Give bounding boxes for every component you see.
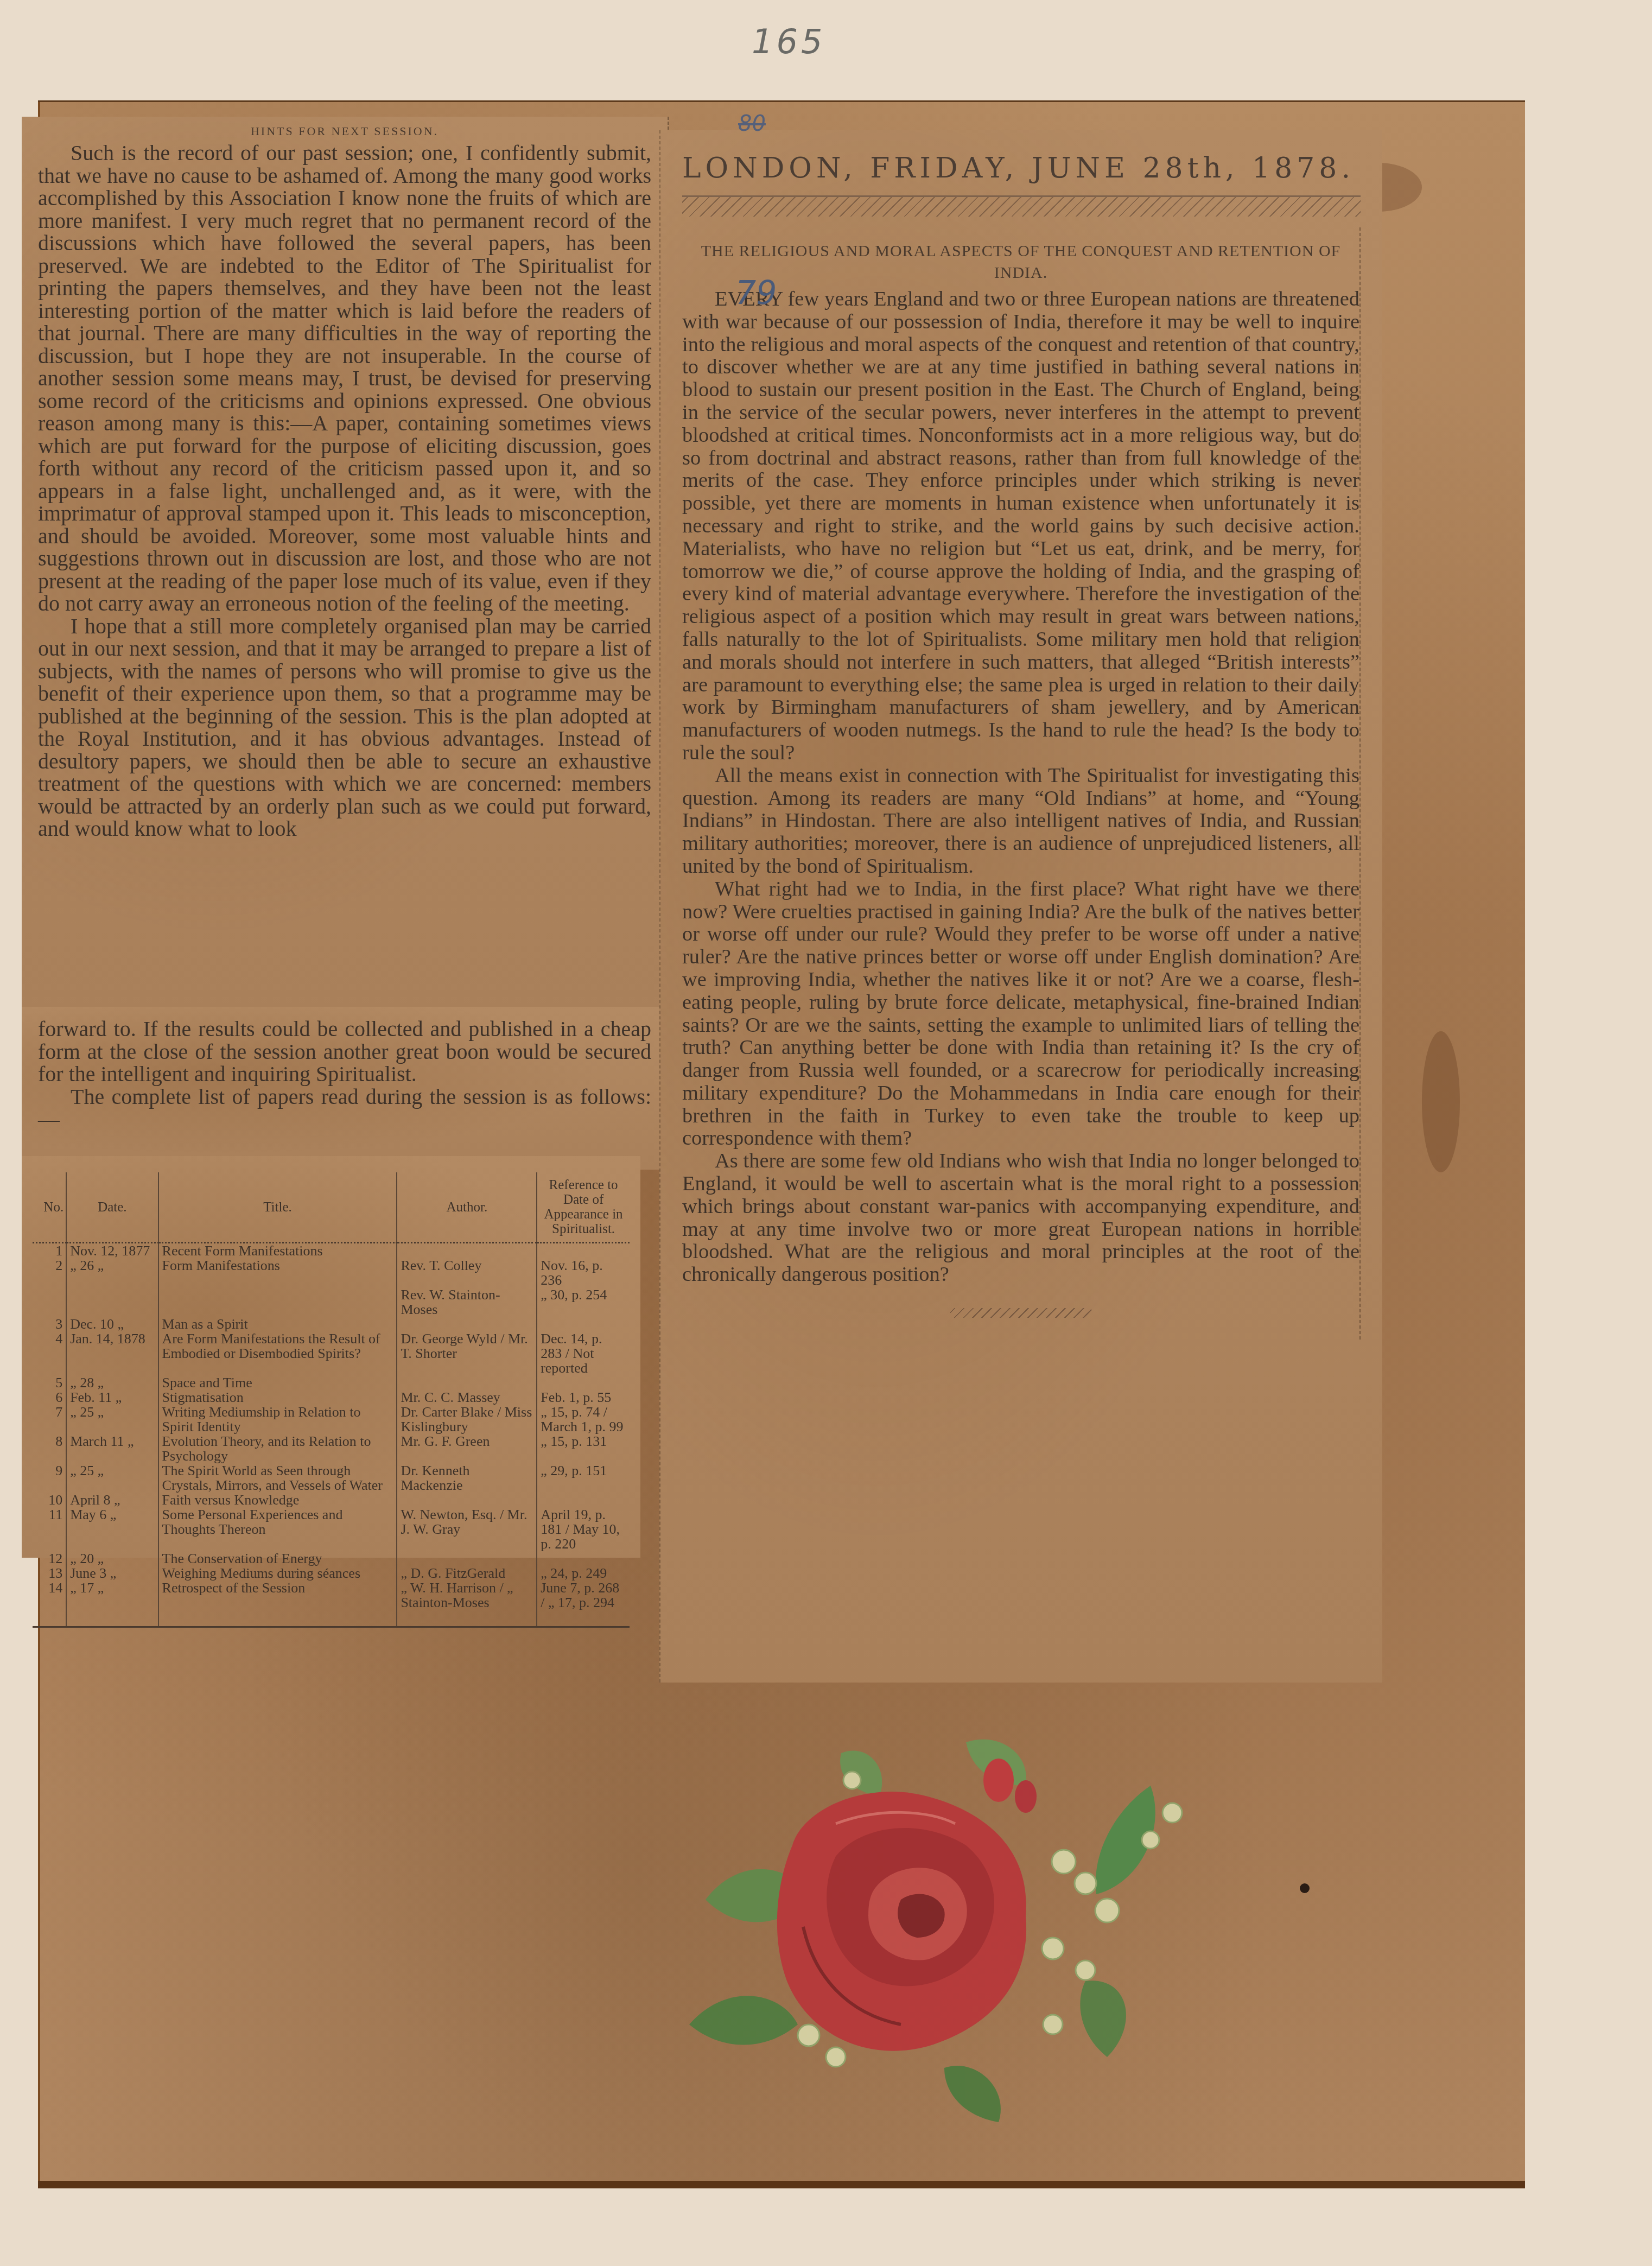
end-ornament [950, 1308, 1091, 1318]
table-body: 1Nov. 12, 1877Recent Form Manifestations… [33, 1243, 630, 1627]
cell-author: Dr. Kenneth Mackenzie [397, 1463, 537, 1493]
paragraph: All the means exist in connection with T… [682, 765, 1359, 878]
cell-ref: „ 29, p. 151 [537, 1463, 630, 1493]
paragraph: What right had we to India, in the first… [682, 878, 1359, 1151]
cell-ref: „ 24, p. 249 [537, 1566, 630, 1581]
header-author: Author. [397, 1172, 537, 1243]
cell-author: Rev. T. Colley [397, 1258, 537, 1287]
cell-date: „ 28 „ [66, 1375, 158, 1390]
ink-blot [1300, 1883, 1310, 1893]
cell-author [397, 1375, 537, 1390]
rose-icon [673, 1721, 1216, 2133]
handwritten-struck-number: 80 [738, 111, 766, 136]
cell-ref [537, 1375, 630, 1390]
table-row: 1Nov. 12, 1877Recent Form Manifestations [33, 1243, 630, 1259]
cell-title: Writing Mediumship in Relation to Spirit… [158, 1405, 397, 1434]
cell-date: „ 26 „ [66, 1258, 158, 1287]
cell-ref: „ 15, p. 74 / March 1, p. 99 [537, 1405, 630, 1434]
cell-date: April 8 „ [66, 1493, 158, 1507]
cell-no: 2 [33, 1258, 66, 1287]
table-row: 12„ 20 „The Conservation of Energy [33, 1551, 630, 1566]
table-row: 14„ 17 „Retrospect of the Session„ W. H.… [33, 1581, 630, 1627]
hints-body: Such is the record of our past session; … [22, 138, 668, 840]
cell-no: 9 [33, 1463, 66, 1493]
cell-date: „ 25 „ [66, 1463, 158, 1493]
cell-ref [537, 1243, 630, 1259]
cell-no: 14 [33, 1581, 66, 1627]
header-no: No. [33, 1172, 66, 1243]
cell-author: Dr. George Wyld / Mr. T. Shorter [397, 1331, 537, 1375]
cell-title: Space and Time [158, 1375, 397, 1390]
cell-ref: „ 15, p. 131 [537, 1434, 630, 1463]
cell-ref: Nov. 16, p. 236 [537, 1258, 630, 1287]
cell-no: 11 [33, 1507, 66, 1551]
cell-no: 4 [33, 1331, 66, 1375]
running-header: HINTS FOR NEXT SESSION. [22, 117, 668, 138]
header-title: Title. [158, 1172, 397, 1243]
cell-date: Dec. 10 „ [66, 1317, 158, 1331]
cell-no: 7 [33, 1405, 66, 1434]
table-row: 2„ 26 „Form ManifestationsRev. T. Colley… [33, 1258, 630, 1287]
cell-date: May 6 „ [66, 1507, 158, 1551]
table-row: 6Feb. 11 „StigmatisationMr. C. C. Massey… [33, 1390, 630, 1405]
cell-ref [537, 1317, 630, 1331]
cell-ref: Dec. 14, p. 283 / Not reported [537, 1331, 630, 1375]
cell-title: Some Personal Experiences and Thoughts T… [158, 1507, 397, 1551]
cell-no: 5 [33, 1375, 66, 1390]
cell-author [397, 1243, 537, 1259]
paragraph: forward to. If the results could be coll… [38, 1018, 651, 1086]
right-clipping-india-article: LONDON, FRIDAY, JUNE 28th, 1878. THE REL… [659, 130, 1382, 1683]
cell-no: 1 [33, 1243, 66, 1259]
cell-ref: June 7, p. 268 / „ 17, p. 294 [537, 1581, 630, 1627]
cell-title: Evolution Theory, and its Relation to Ps… [158, 1434, 397, 1463]
cell-author [397, 1317, 537, 1331]
handwritten-article-number: 79 [735, 274, 777, 312]
table-row: 11May 6 „Some Personal Experiences and T… [33, 1507, 630, 1551]
cell-author [397, 1493, 537, 1507]
table-row: 13June 3 „Weighing Mediums during séance… [33, 1566, 630, 1581]
cell-title: Stigmatisation [158, 1390, 397, 1405]
cell-title: Retrospect of the Session [158, 1581, 397, 1627]
table-row: 5„ 28 „Space and Time [33, 1375, 630, 1390]
cell-title [158, 1287, 397, 1317]
cell-no: 3 [33, 1317, 66, 1331]
table-row: 4Jan. 14, 1878Are Form Manifestations th… [33, 1331, 630, 1375]
cell-author: W. Newton, Esq. / Mr. J. W. Gray [397, 1507, 537, 1551]
cell-author: Dr. Carter Blake / Miss Kislingbury [397, 1405, 537, 1434]
cell-title: The Spirit World as Seen through Crystal… [158, 1463, 397, 1493]
cell-author [397, 1551, 537, 1566]
left-clipping-hints: HINTS FOR NEXT SESSION. Such is the reco… [22, 117, 669, 1015]
cell-date: Jan. 14, 1878 [66, 1331, 158, 1375]
cell-date: „ 17 „ [66, 1581, 158, 1627]
table-row: 7„ 25 „Writing Mediumship in Relation to… [33, 1405, 630, 1434]
cell-no: 6 [33, 1390, 66, 1405]
header-reference: Reference to Date of Appearance in Spiri… [537, 1172, 630, 1243]
cell-date: Nov. 12, 1877 [66, 1243, 158, 1259]
paragraph: I hope that a still more completely orga… [38, 615, 651, 840]
paragraph: EVERY few years England and two or three… [682, 288, 1359, 765]
cell-no [33, 1287, 66, 1317]
cell-title: The Conservation of Energy [158, 1551, 397, 1566]
cell-author: Mr. G. F. Green [397, 1434, 537, 1463]
table-row: 3Dec. 10 „Man as a Spirit [33, 1317, 630, 1331]
table-row: 9„ 25 „The Spirit World as Seen through … [33, 1463, 630, 1493]
table-row: Rev. W. Stainton-Moses„ 30, p. 254 [33, 1287, 630, 1317]
table-header-row: No. Date. Title. Author. Reference to Da… [33, 1172, 630, 1243]
cell-no: 8 [33, 1434, 66, 1463]
cell-author: Rev. W. Stainton-Moses [397, 1287, 537, 1317]
cell-title: Man as a Spirit [158, 1317, 397, 1331]
papers-table: No. Date. Title. Author. Reference to Da… [33, 1172, 630, 1628]
left-clipping-continuation: forward to. If the results could be coll… [22, 1007, 668, 1170]
cell-author: Mr. C. C. Massey [397, 1390, 537, 1405]
table-row: 8March 11 „Evolution Theory, and its Rel… [33, 1434, 630, 1463]
header-date: Date. [66, 1172, 158, 1243]
cell-title: Faith versus Knowledge [158, 1493, 397, 1507]
cell-no: 13 [33, 1566, 66, 1581]
rose-illustration [673, 1721, 1216, 2133]
cell-title: Weighing Mediums during séances [158, 1566, 397, 1581]
cell-date: March 11 „ [66, 1434, 158, 1463]
cell-no: 10 [33, 1493, 66, 1507]
cell-title: Recent Form Manifestations [158, 1243, 397, 1259]
cell-ref [537, 1551, 630, 1566]
article-box: THE RELIGIOUS AND MORAL ASPECTS OF THE C… [682, 227, 1361, 1340]
article-body: EVERY few years England and two or three… [682, 284, 1359, 1286]
continuation-body: forward to. If the results could be coll… [22, 1007, 668, 1131]
dateline: LONDON, FRIDAY, JUNE 28th, 1878. [660, 130, 1382, 185]
cell-date: Feb. 11 „ [66, 1390, 158, 1405]
cell-ref: Feb. 1, p. 55 [537, 1390, 630, 1405]
paragraph: As there are some few old Indians who wi… [682, 1150, 1359, 1286]
cell-title: Are Form Manifestations the Result of Em… [158, 1331, 397, 1375]
cell-no: 12 [33, 1551, 66, 1566]
handwritten-page-number: 165 [752, 22, 825, 61]
wavy-rule-divider [682, 195, 1361, 217]
cell-date: June 3 „ [66, 1566, 158, 1581]
cell-ref [537, 1493, 630, 1507]
cell-ref: April 19, p. 181 / May 10, p. 220 [537, 1507, 630, 1551]
table-row: 10April 8 „Faith versus Knowledge [33, 1493, 630, 1507]
papers-table-clipping: No. Date. Title. Author. Reference to Da… [22, 1156, 640, 1558]
cell-author: „ D. G. FitzGerald [397, 1566, 537, 1581]
cell-author: „ W. H. Harrison / „ Stainton-Moses [397, 1581, 537, 1627]
article-title: THE RELIGIOUS AND MORAL ASPECTS OF THE C… [682, 227, 1359, 284]
cell-date [66, 1287, 158, 1317]
paragraph: Such is the record of our past session; … [38, 142, 651, 615]
water-stain [1422, 1031, 1460, 1172]
cell-title: Form Manifestations [158, 1258, 397, 1287]
cell-date: „ 25 „ [66, 1405, 158, 1434]
cell-ref: „ 30, p. 254 [537, 1287, 630, 1317]
paragraph: The complete list of papers read during … [38, 1086, 651, 1131]
cell-date: „ 20 „ [66, 1551, 158, 1566]
